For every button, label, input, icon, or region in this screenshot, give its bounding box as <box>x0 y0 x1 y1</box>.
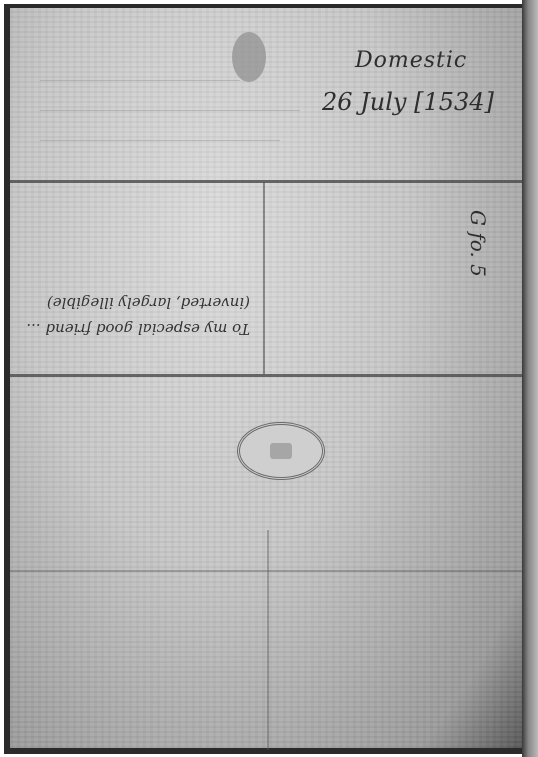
crown-emblem-icon <box>270 443 292 459</box>
fold-line <box>267 530 269 750</box>
archive-stamp <box>237 422 325 480</box>
faint-text-line <box>40 140 280 141</box>
seal-stain <box>232 32 266 82</box>
page-edge <box>522 0 538 757</box>
fold-line <box>10 374 522 377</box>
manuscript-page <box>10 8 522 748</box>
folio-mark: G fo. 5 <box>466 210 490 277</box>
fold-line <box>10 570 522 572</box>
fold-line <box>10 180 522 183</box>
address-inscription: To my especial good friend ... (inverted… <box>20 290 250 342</box>
docket-category: Domestic <box>355 48 467 73</box>
faint-text-line <box>40 110 300 111</box>
docket-date: 26 July [1534] <box>322 88 494 116</box>
fold-line <box>263 182 265 374</box>
faint-text-line <box>40 80 240 81</box>
